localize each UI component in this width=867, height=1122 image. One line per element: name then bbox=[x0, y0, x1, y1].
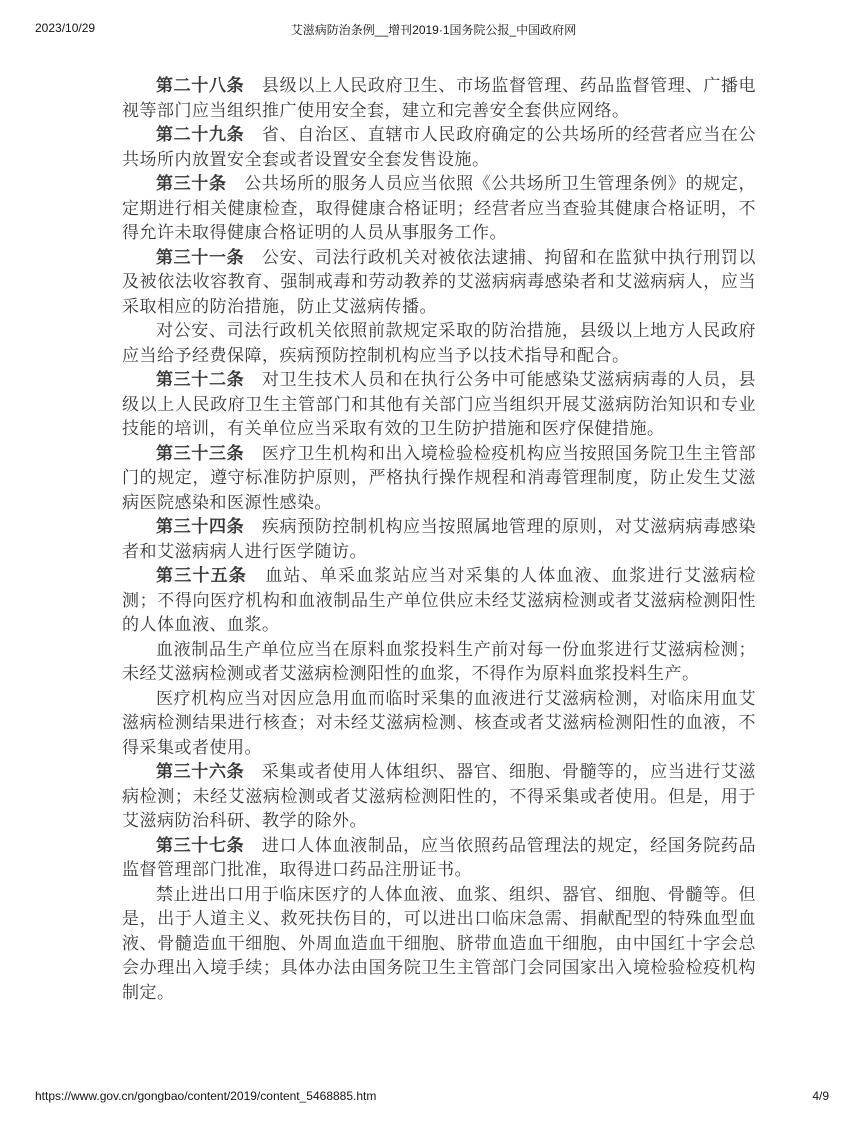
print-header: 2023/10/29 艾滋病防治条例__增刊2019·1国务院公报_中国政府网 bbox=[0, 21, 867, 37]
article-extra-paragraph: 血液制品生产单位应当在原料血浆投料生产前对每一份血浆进行艾滋病检测；未经艾滋病检… bbox=[122, 638, 756, 687]
article-number: 第三十一条 bbox=[156, 248, 244, 268]
article-paragraph: 第三十三条 医疗卫生机构和出入境检验检疫机构应当按照国务院卫生主管部门的规定，遵… bbox=[122, 442, 756, 516]
article-number: 第二十八条 bbox=[156, 76, 244, 96]
print-date: 2023/10/29 bbox=[35, 21, 95, 35]
article-number: 第三十三条 bbox=[156, 444, 244, 464]
print-footer: https://www.gov.cn/gongbao/content/2019/… bbox=[0, 1089, 867, 1105]
document-page: 2023/10/29 艾滋病防治条例__增刊2019·1国务院公报_中国政府网 … bbox=[0, 0, 867, 1122]
article-number: 第三十六条 bbox=[156, 762, 244, 782]
article-number: 第三十七条 bbox=[156, 836, 244, 856]
source-url: https://www.gov.cn/gongbao/content/2019/… bbox=[35, 1089, 376, 1103]
article-number: 第三十二条 bbox=[156, 370, 244, 390]
article-paragraph: 第二十八条 县级以上人民政府卫生、市场监督管理、药品监督管理、广播电视等部门应当… bbox=[122, 74, 756, 123]
article-extra-paragraph: 医疗机构应当对因应急用血而临时采集的血液进行艾滋病检测，对临床用血艾滋病检测结果… bbox=[122, 687, 756, 761]
page-number: 4/9 bbox=[812, 1089, 829, 1103]
article-extra-paragraph: 禁止进出口用于临床医疗的人体血液、血浆、组织、器官、细胞、骨髓等。但是，出于人道… bbox=[122, 883, 756, 1006]
document-title: 艾滋病防治条例__增刊2019·1国务院公报_中国政府网 bbox=[0, 21, 867, 38]
article-paragraph: 第三十七条 进口人体血液制品，应当依照药品管理法的规定，经国务院药品监督管理部门… bbox=[122, 834, 756, 883]
article-number: 第三十条 bbox=[156, 174, 227, 194]
article-paragraph: 第三十五条 血站、单采血浆站应当对采集的人体血液、血浆进行艾滋病检测；不得向医疗… bbox=[122, 564, 756, 638]
article-number: 第三十四条 bbox=[156, 517, 244, 537]
article-paragraph: 第二十九条 省、自治区、直辖市人民政府确定的公共场所的经营者应当在公共场所内放置… bbox=[122, 123, 756, 172]
article-number: 第三十五条 bbox=[156, 566, 247, 586]
article-paragraph: 第三十六条 采集或者使用人体组织、器官、细胞、骨髓等的，应当进行艾滋病检测；未经… bbox=[122, 760, 756, 834]
article-number: 第二十九条 bbox=[156, 125, 244, 145]
document-body: 第二十八条 县级以上人民政府卫生、市场监督管理、药品监督管理、广播电视等部门应当… bbox=[122, 74, 756, 1005]
article-paragraph: 第三十二条 对卫生技术人员和在执行公务中可能感染艾滋病病毒的人员，县级以上人民政… bbox=[122, 368, 756, 442]
article-paragraph: 第三十一条 公安、司法行政机关对被依法逮捕、拘留和在监狱中执行刑罚以及被依法收容… bbox=[122, 246, 756, 320]
article-paragraph: 第三十条 公共场所的服务人员应当依照《公共场所卫生管理条例》的规定，定期进行相关… bbox=[122, 172, 756, 246]
article-paragraph: 第三十四条 疾病预防控制机构应当按照属地管理的原则，对艾滋病病毒感染者和艾滋病病… bbox=[122, 515, 756, 564]
article-extra-paragraph: 对公安、司法行政机关依照前款规定采取的防治措施，县级以上地方人民政府应当给予经费… bbox=[122, 319, 756, 368]
